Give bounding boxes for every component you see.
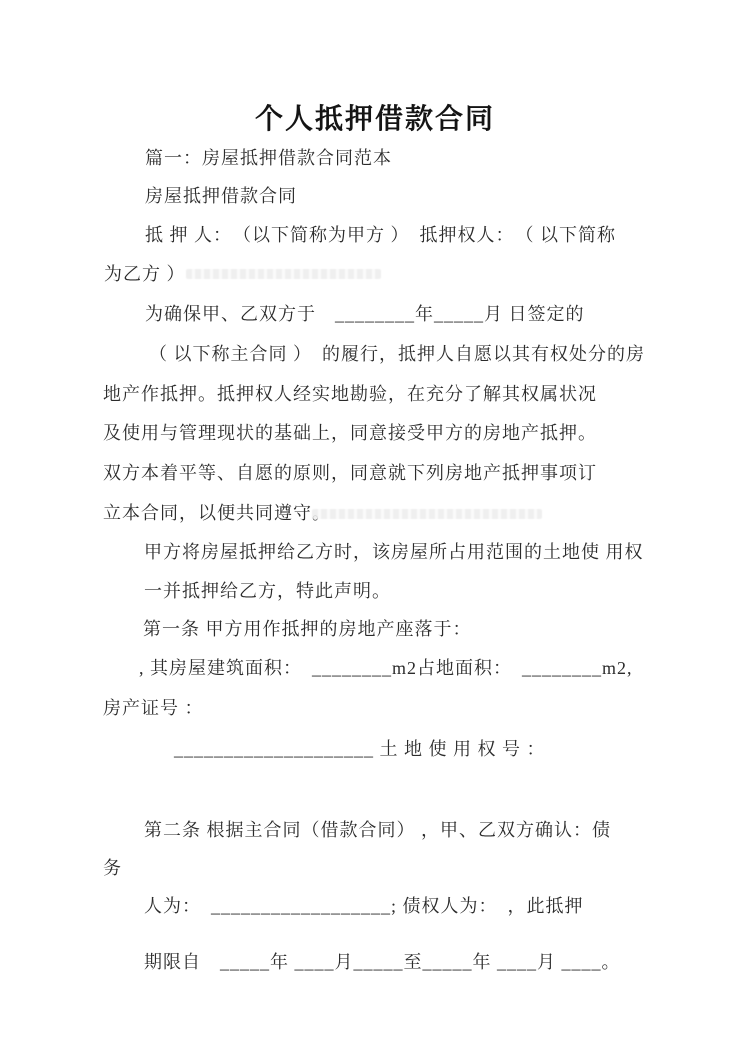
line-part-one-heading: 篇一：房屋抵押借款合同范本	[145, 145, 392, 171]
document-page: 个人抵押借款合同 篇一：房屋抵押借款合同范本 房屋抵押借款合同 抵 押 人： （…	[0, 0, 750, 1061]
line-signing-date-blank: 为确保甲、乙双方于 ________年_____月 日签定的	[145, 301, 585, 327]
faint-watermark	[186, 269, 381, 279]
line-building-area-blank: , 其房屋建筑面积： ________m2占地面积： ________m2,	[139, 655, 633, 681]
doc-title: 个人抵押借款合同	[0, 97, 750, 137]
line-wu-overflow: 务	[103, 855, 122, 881]
line-debtor-creditor-blank: 人为： __________________; 债权人为： ，此抵押	[144, 893, 584, 919]
line-body-1: 地产作抵押。抵押权人经实地勘验，在充分了解其权属状况	[103, 381, 597, 407]
line-party-b: 为乙方 ）	[104, 261, 186, 287]
line-main-contract: （ 以下称主合同 ） 的履行，抵押人自愿以其有权处分的房	[149, 341, 645, 367]
line-term-dates-blank: 期限自 _____年 ____月_____至_____年 ____月 ____。	[144, 949, 621, 975]
faint-watermark	[312, 509, 542, 519]
line-declaration-2: 一并抵押给乙方，特此声明。	[144, 578, 391, 604]
line-clause-2: 第二条 根据主合同（借款合同） ，甲、乙双方确认：债	[144, 817, 611, 843]
line-mortgagor-parties: 抵 押 人： （以下简称为甲方 ） 抵押权人： （ 以下简称	[145, 222, 616, 248]
line-land-use-right-no: ____________________ 土 地 使 用 权 号 ：	[174, 736, 546, 762]
line-property-cert-no: 房产证号 ：	[103, 695, 204, 721]
line-subtitle: 房屋抵押借款合同	[145, 183, 297, 209]
line-body-4: 立本合同，以便共同遵守。	[103, 500, 331, 526]
line-body-3: 双方本着平等、自愿的原则，同意就下列房地产抵押事项订	[103, 460, 597, 486]
line-clause-1: 第一条 甲方用作抵押的房地产座落于：	[143, 616, 472, 642]
line-declaration-1: 甲方将房屋抵押给乙方时，该房屋所占用范围的土地使 用权	[144, 539, 644, 565]
line-body-2: 及使用与管理现状的基础上，同意接受甲方的房地产抵押。	[103, 420, 597, 446]
